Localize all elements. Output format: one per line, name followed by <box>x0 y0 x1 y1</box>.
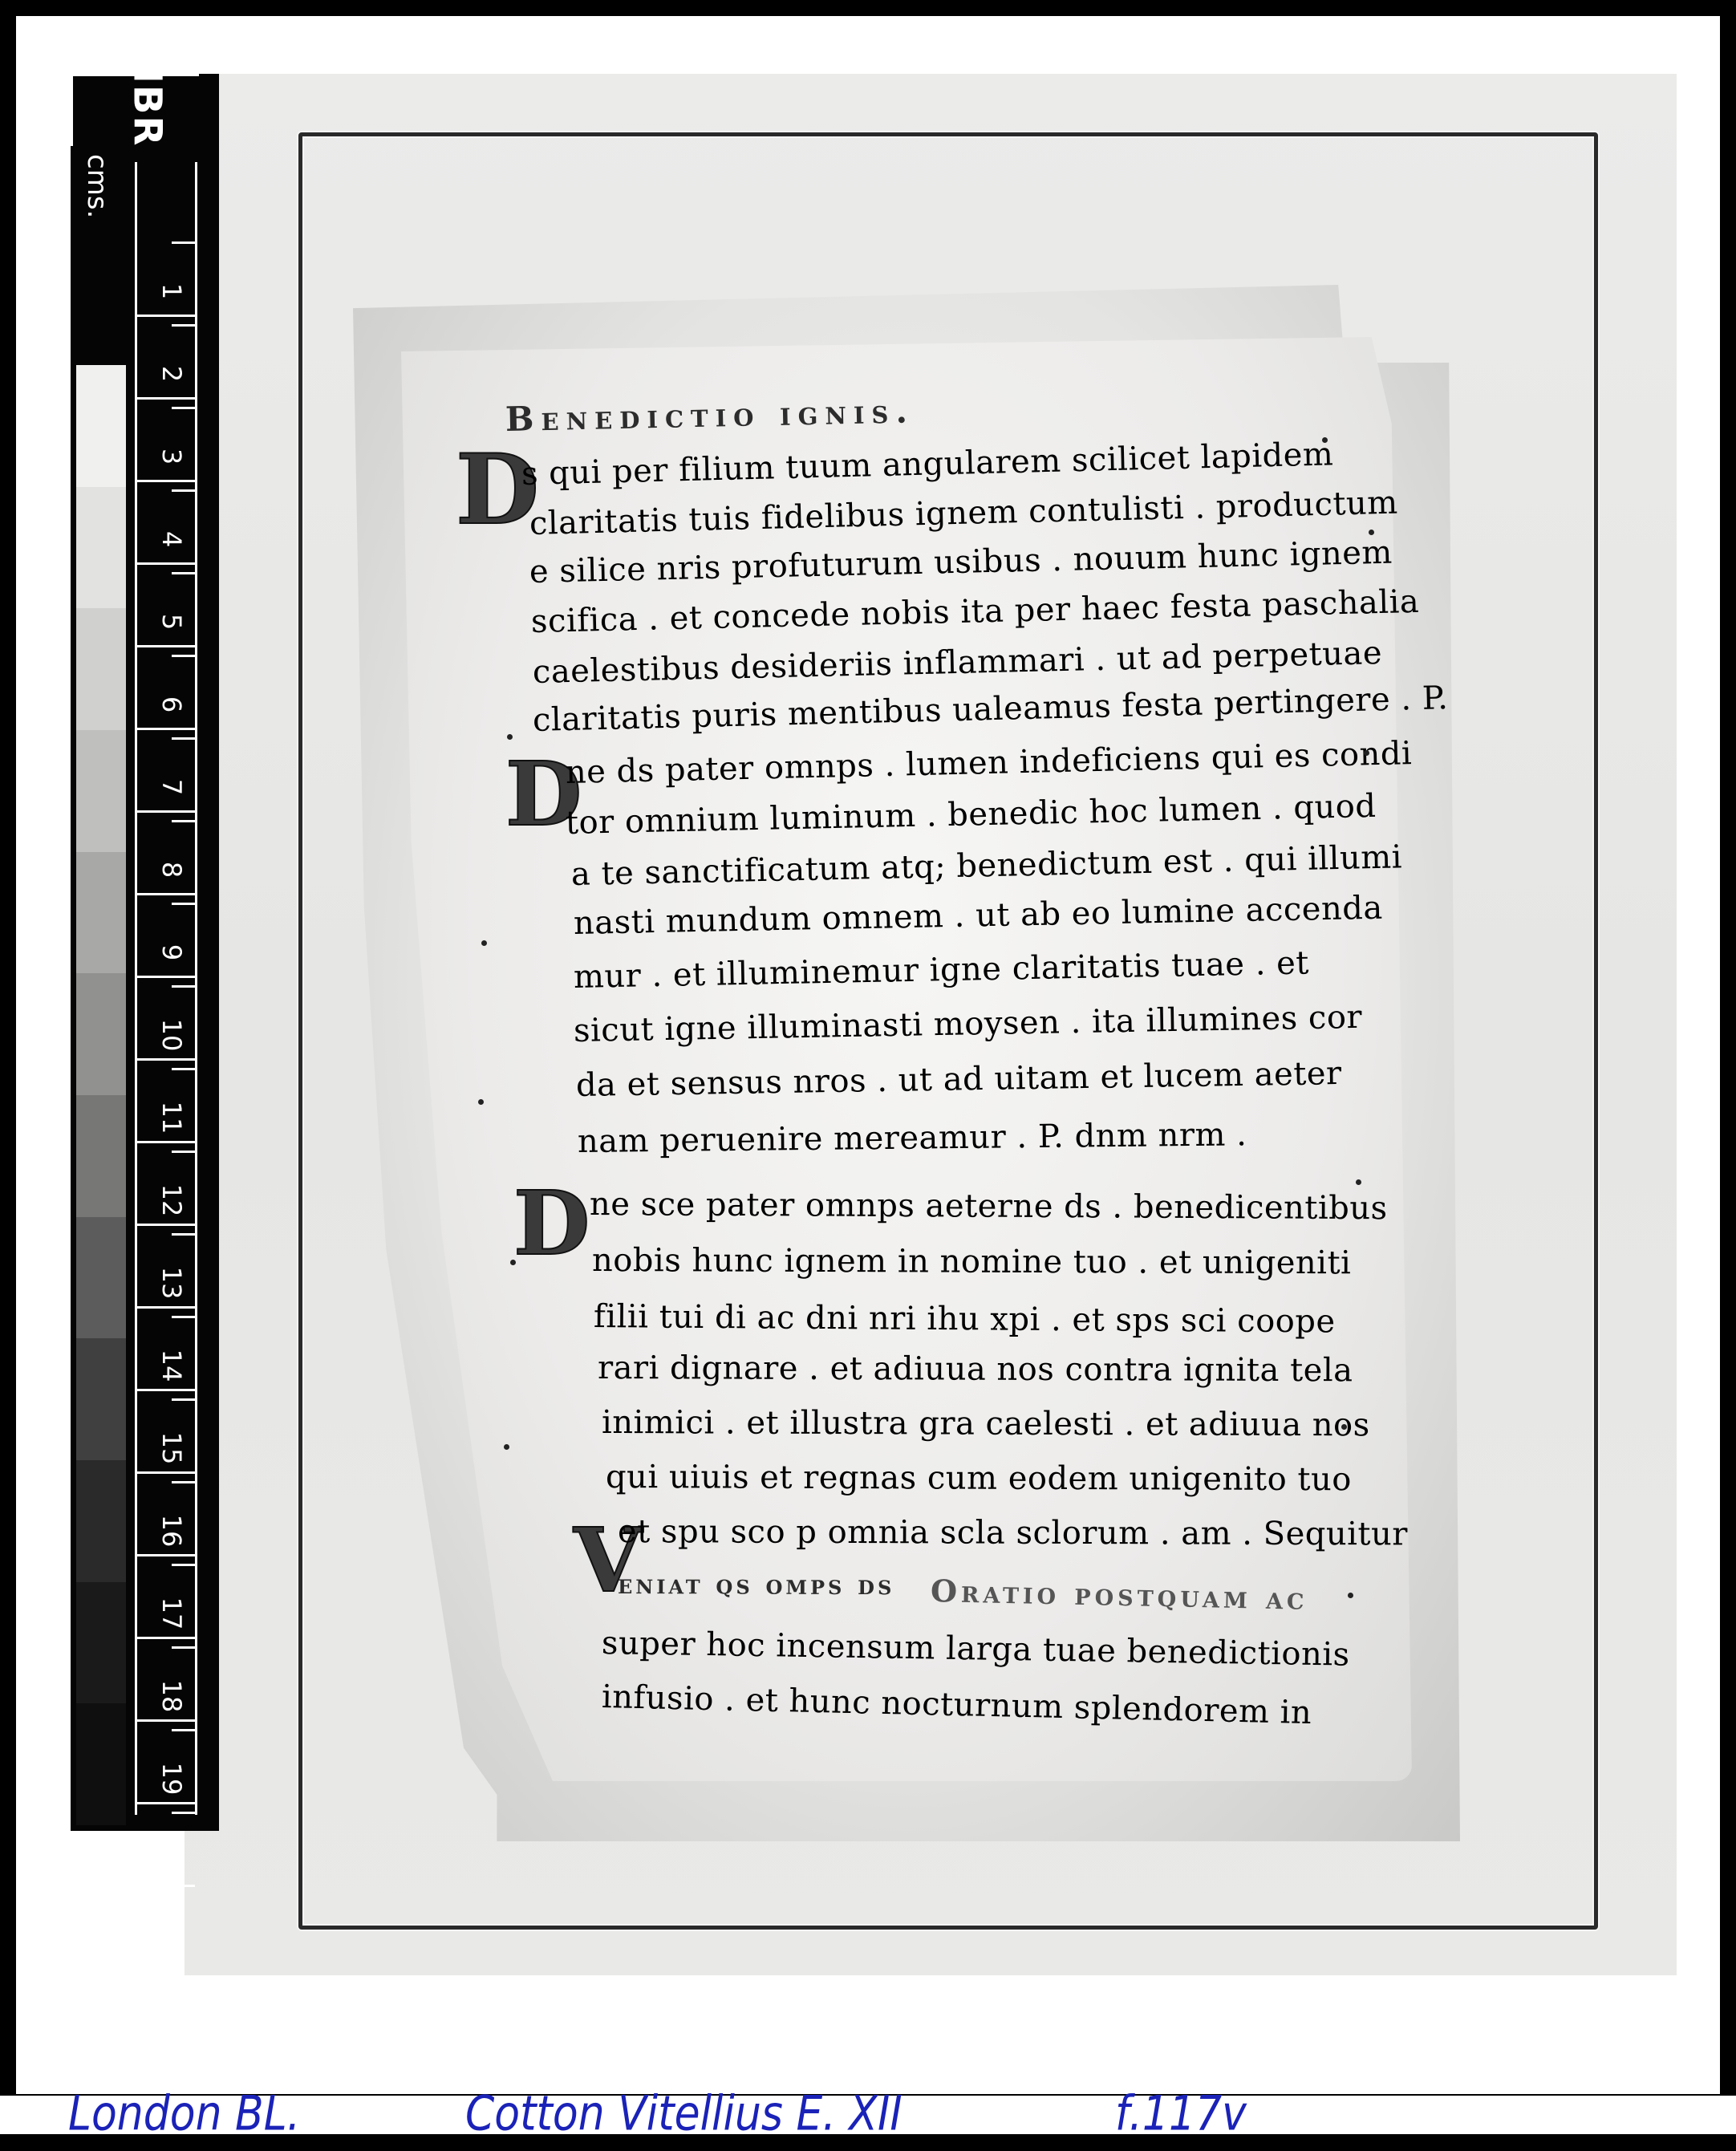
ruler-minor-tick <box>172 324 195 327</box>
ruler-major-tick <box>137 1389 195 1391</box>
text-line: qui uiuis et regnas cum eodem unigenito … <box>606 1459 1352 1498</box>
greyscale-patch <box>76 1095 126 1217</box>
ruler-minor-tick <box>172 1398 195 1401</box>
pricking-mark <box>478 1099 484 1105</box>
ruler-major-tick <box>137 1554 195 1556</box>
ruler-major-tick <box>137 1471 195 1474</box>
greyscale-patch <box>76 730 126 852</box>
ruler-unit: cms. <box>81 154 113 218</box>
pricking-mark <box>510 1260 516 1265</box>
ruler-label: LIBRA <box>71 74 199 146</box>
text-line: eniat qs omps ds <box>618 1569 895 1601</box>
ruler-major-tick <box>137 315 195 317</box>
text-line: rari dignare . et adiuua nos contra igni… <box>598 1349 1353 1389</box>
ruler-minor-tick <box>172 1564 195 1566</box>
greyscale-patch <box>76 852 126 974</box>
ruler-major-tick <box>137 645 195 647</box>
ruler-major-tick <box>137 1306 195 1309</box>
greyscale-strip <box>76 365 126 1825</box>
ruler-tick-label: 9 <box>156 932 187 972</box>
ruler-tick-label: 8 <box>156 850 187 890</box>
ruler-tick-label: 20 <box>156 1841 187 1881</box>
ruler-minor-tick <box>172 572 195 574</box>
ruler-tick-label: 13 <box>156 1263 187 1303</box>
pricking-mark <box>1348 1593 1353 1598</box>
greyscale-patch <box>76 973 126 1095</box>
text-line: ne sce pater omnps aeterne ds . benedice… <box>590 1186 1388 1227</box>
ruler-major-tick <box>137 728 195 730</box>
ruler-minor-tick <box>172 1151 195 1153</box>
ruler-tick-label: 15 <box>156 1428 187 1468</box>
ruler-label-text: LIBRA <box>125 74 170 146</box>
ruler-minor-tick <box>172 407 195 409</box>
bottom-border <box>0 2134 1736 2151</box>
pricking-mark <box>504 1444 509 1450</box>
ruler-major-tick <box>137 1719 195 1722</box>
text-line: filii tui di ac dni nri ihu xpi . et sps… <box>594 1298 1336 1340</box>
ruler-minor-tick <box>172 903 195 905</box>
ruler-scale: cms. 1234567891011121314151617181920 <box>135 162 197 1815</box>
ruler-minor-tick <box>172 1481 195 1483</box>
ruler-major-tick <box>137 1637 195 1639</box>
ruler-tick-label: 18 <box>156 1676 187 1716</box>
greyscale-patch <box>76 365 126 487</box>
ruler-minor-tick <box>172 985 195 988</box>
ruler-tick-label: 1 <box>156 271 187 311</box>
ruler-minor-tick <box>172 1812 195 1814</box>
ruler-major-tick <box>137 562 195 565</box>
ruler-major-tick <box>137 1224 195 1226</box>
ruler-tick-label: 12 <box>156 1180 187 1220</box>
greyscale-patch <box>76 1338 126 1460</box>
ruler-major-tick <box>137 1802 195 1804</box>
pricking-mark <box>1341 1424 1347 1430</box>
greyscale-patch <box>76 608 126 730</box>
ruler-minor-tick <box>172 241 195 244</box>
ruler-major-tick <box>137 1141 195 1143</box>
greyscale-patch <box>76 1582 126 1704</box>
ruler-major-tick <box>137 480 195 482</box>
ruler-tick-label: 3 <box>156 436 187 477</box>
ruler-tick-label: 5 <box>156 602 187 642</box>
decorated-initial: D <box>513 1171 590 1275</box>
greyscale-patch <box>76 487 126 609</box>
greyscale-patch <box>76 1217 126 1339</box>
pricking-mark <box>1364 750 1369 756</box>
text-line: nobis hunc ignem in nomine tuo . et unig… <box>592 1242 1352 1281</box>
ruler-minor-tick <box>172 655 195 657</box>
text-line: inimici . et illustra gra caelesti . et … <box>602 1404 1370 1443</box>
greyscale-patch <box>76 1703 126 1825</box>
text-line: et spu sco p omnia scla sclorum . am . S… <box>618 1513 1408 1552</box>
greyscale-patch <box>76 1460 126 1582</box>
ruler-tick-label: 10 <box>156 1015 187 1055</box>
ruler-major-tick <box>137 1885 195 1887</box>
ruler-minor-tick <box>172 820 195 822</box>
ruler-major-tick <box>137 893 195 895</box>
pricking-mark <box>481 940 487 946</box>
ruler-minor-tick <box>172 1729 195 1731</box>
ruler-tick-label: 11 <box>156 1098 187 1138</box>
ruler-major-tick <box>137 976 195 978</box>
ruler-minor-tick <box>172 1068 195 1070</box>
ruler-tick-label: 14 <box>156 1345 187 1386</box>
text-line: nam peruenire mereamur . P. dnm nrm . <box>578 1116 1247 1160</box>
ruler-tick-label: 7 <box>156 767 187 807</box>
ruler-major-tick <box>137 1058 195 1061</box>
pricking-mark <box>1356 1179 1361 1185</box>
ruler-tick-label: 17 <box>156 1593 187 1634</box>
ruler-major-tick <box>137 397 195 400</box>
ruler-tick-label: 2 <box>156 354 187 394</box>
ruler-tick-label: 4 <box>156 519 187 559</box>
pricking-mark <box>1369 530 1374 535</box>
pricking-mark <box>507 734 513 740</box>
ruler-minor-tick <box>172 737 195 740</box>
ruler-tick-label: 16 <box>156 1511 187 1551</box>
ruler-minor-tick <box>172 489 195 492</box>
pricking-mark <box>1322 437 1328 443</box>
ruler-minor-tick <box>172 1646 195 1649</box>
ruler-major-tick <box>137 810 195 813</box>
ruler-minor-tick <box>172 1316 195 1318</box>
ruler-minor-tick <box>172 1233 195 1236</box>
ruler-tick-label: 19 <box>156 1759 187 1799</box>
ruler-tick-label: 6 <box>156 684 187 724</box>
